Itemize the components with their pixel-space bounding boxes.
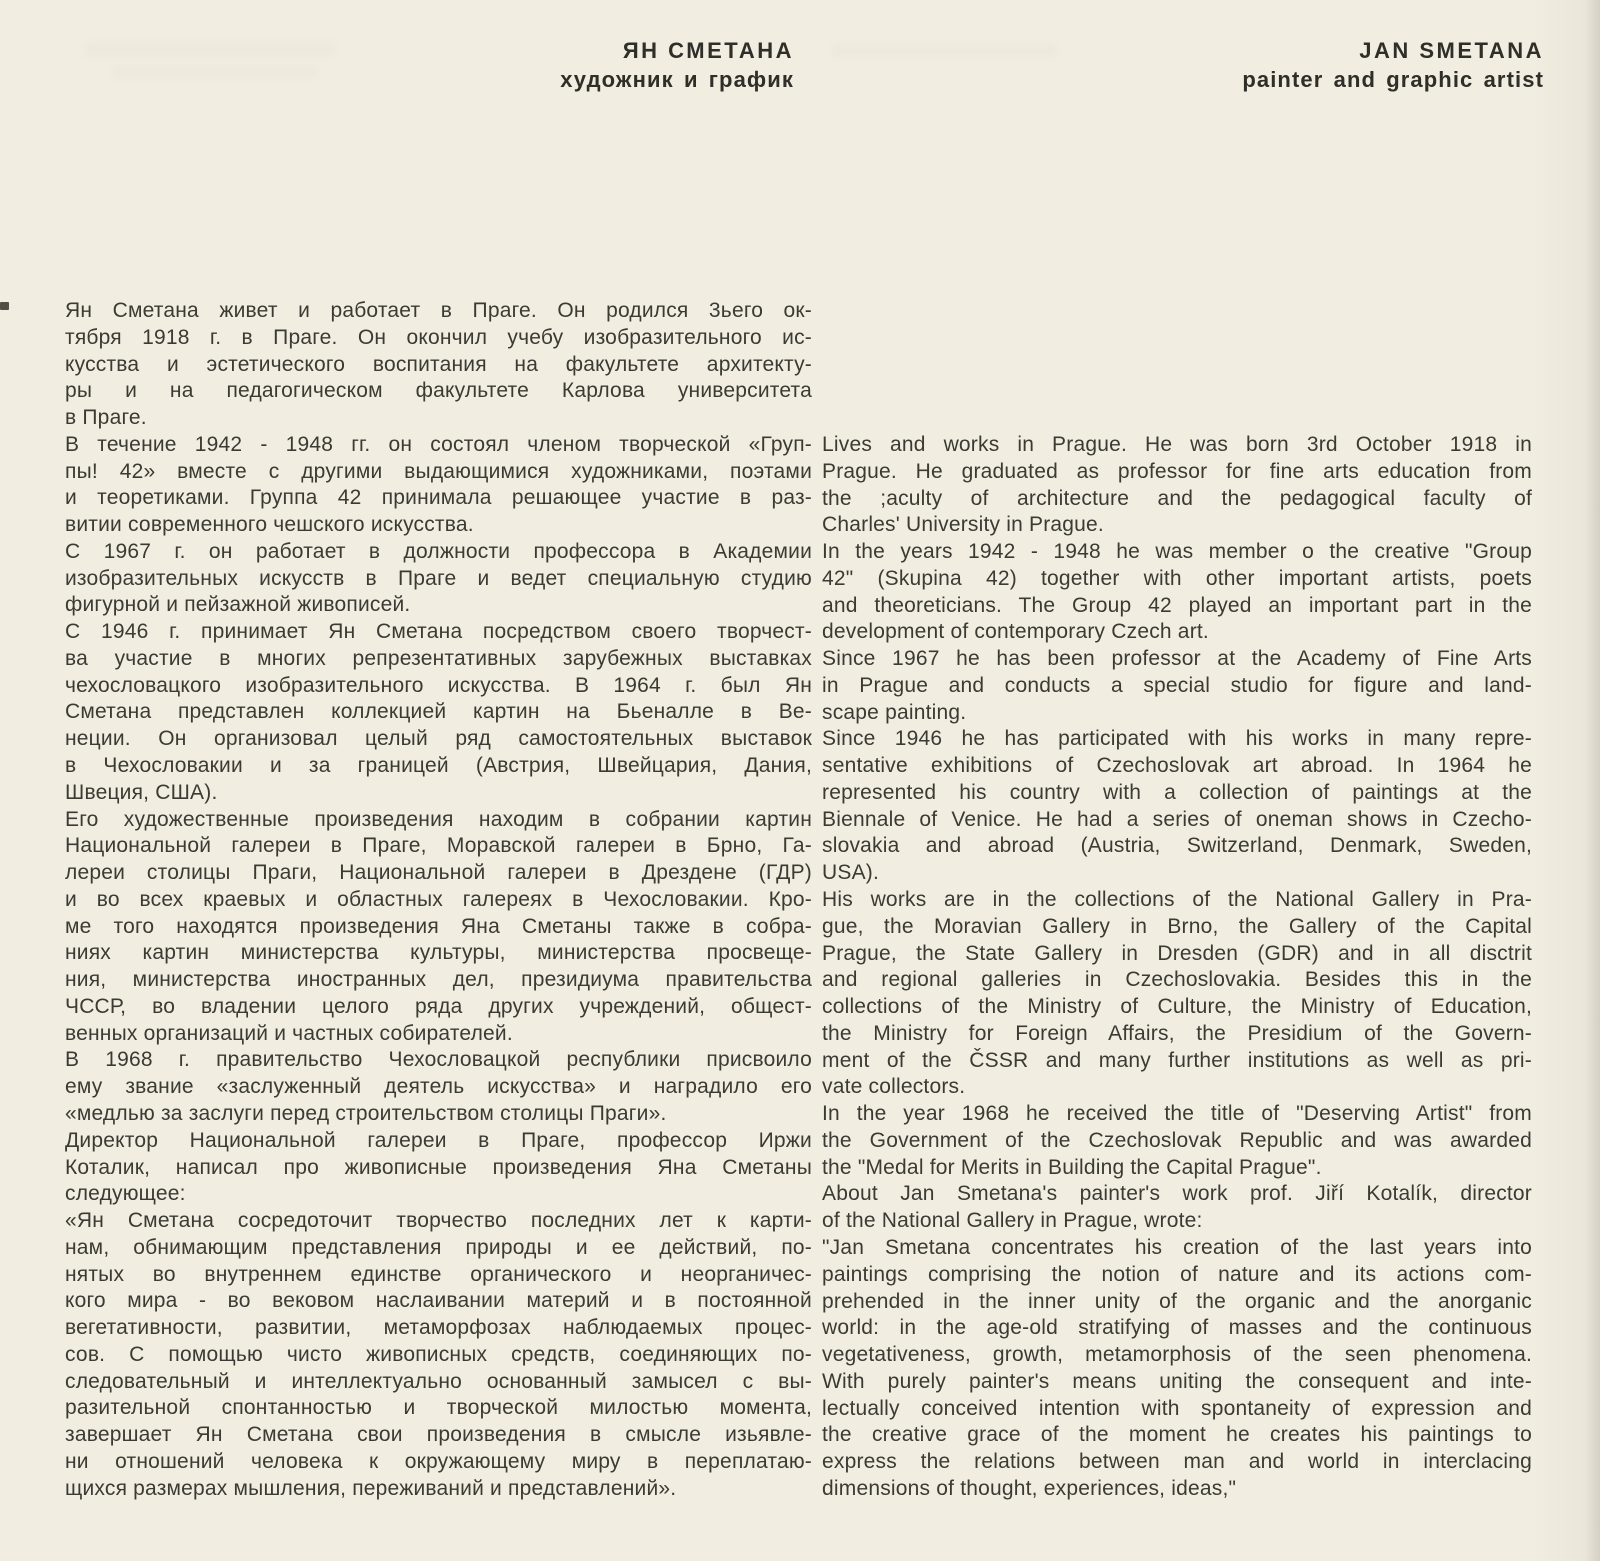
russian-header: ЯН СМЕТАНА художник и график <box>560 36 794 94</box>
text-line: development of contemporary Czech art. <box>822 619 1532 646</box>
text-line: следовательный и интеллектуально основан… <box>65 1369 812 1396</box>
text-line: ни отношений человека к окружающему миру… <box>65 1449 812 1476</box>
english-text-column: Lives and works in Prague. He was born 3… <box>822 432 1532 1503</box>
text-line: vate collectors. <box>822 1074 1532 1101</box>
text-line: Коталик, написал про живописные произвед… <box>65 1155 812 1182</box>
text-line: нам, обнимающим представления природы и … <box>65 1235 812 1262</box>
scan-showthrough <box>85 42 335 56</box>
text-line: вегетативности, развитии, метаморфозах н… <box>65 1315 812 1342</box>
text-line: and theoreticians. The Group 42 played a… <box>822 593 1532 620</box>
text-line: In the years 1942 - 1948 he was member o… <box>822 539 1532 566</box>
text-line: чехословацкого изобразительного искусств… <box>65 673 812 700</box>
text-line: изобразительных искусств в Праге и ведет… <box>65 566 812 593</box>
text-line: express the relations between man and wo… <box>822 1449 1532 1476</box>
text-line: world: in the age-old stratifying of mas… <box>822 1315 1532 1342</box>
russian-title: ЯН СМЕТАНА <box>560 36 794 65</box>
text-line: ему звание «заслуженный деятель искусств… <box>65 1074 812 1101</box>
text-line: and regional galleries in Czechoslovakia… <box>822 967 1532 994</box>
text-line: в Чехословакии и за границей (Австрия, Ш… <box>65 753 812 780</box>
text-line: завершает Ян Сметана свои произведения в… <box>65 1422 812 1449</box>
english-title: JAN SMETANA <box>1242 36 1544 65</box>
text-line: the creative grace of the moment he crea… <box>822 1422 1532 1449</box>
scan-edge-shadow <box>1530 0 1600 1561</box>
text-line: slovakia and abroad (Austria, Switzerlan… <box>822 833 1532 860</box>
catalog-page: ЯН СМЕТАНА художник и график JAN SMETANA… <box>0 0 1600 1561</box>
text-line: gue, the Moravian Gallery in Brno, the G… <box>822 914 1532 941</box>
text-line: Швеция, США). <box>65 780 812 807</box>
text-line: About Jan Smetana's painter's work prof.… <box>822 1181 1532 1208</box>
text-line: тября 1918 г. в Праге. Он окончил учебу … <box>65 325 812 352</box>
text-line: С 1967 г. он работает в должности профес… <box>65 539 812 566</box>
text-line: Национальной галереи в Праге, Моравской … <box>65 833 812 860</box>
text-line: ЧССР, во владении целого ряда других учр… <box>65 994 812 1021</box>
text-line: витии современного чешского искусства. <box>65 512 812 539</box>
text-line: in Prague and conducts a special studio … <box>822 673 1532 700</box>
text-line: represented his country with a collectio… <box>822 780 1532 807</box>
text-line: Ян Сметана живет и работает в Праге. Он … <box>65 298 812 325</box>
scan-showthrough <box>832 44 1057 57</box>
text-line: ме того находятся произведения Яна Смета… <box>65 914 812 941</box>
text-line: Lives and works in Prague. He was born 3… <box>822 432 1532 459</box>
text-line: пы! 42» вместе с другими выдающимися худ… <box>65 459 812 486</box>
text-line: Prague, the State Gallery in Dresden (GD… <box>822 941 1532 968</box>
text-line: разительной спонтанностью и творческой м… <box>65 1395 812 1422</box>
text-line: С 1946 г. принимает Ян Сметана посредств… <box>65 619 812 646</box>
text-line: lectually conceived intention with spont… <box>822 1396 1532 1423</box>
text-line: кусства и эстетического воспитания на фа… <box>65 352 812 379</box>
scan-showthrough <box>112 66 317 78</box>
text-line: В 1968 г. правительство Чехословацкой ре… <box>65 1047 812 1074</box>
text-line: Директор Национальной галереи в Праге, п… <box>65 1128 812 1155</box>
text-line: и во всех краевых и областных галереях в… <box>65 887 812 914</box>
text-line: фигурной и пейзажной живописей. <box>65 592 812 619</box>
text-line: щихся размерах мышления, переживаний и п… <box>65 1476 812 1503</box>
text-line: 42" (Skupina 42) together with other imp… <box>822 566 1532 593</box>
text-line: scape painting. <box>822 700 1532 727</box>
text-line: Его художественные произведения находим … <box>65 807 812 834</box>
text-line: ment of the ČSSR and many further instit… <box>822 1048 1532 1075</box>
text-line: Since 1946 he has participated with his … <box>822 726 1532 753</box>
text-line: «медлью за заслуги перед строительством … <box>65 1101 812 1128</box>
text-line: collections of the Ministry of Culture, … <box>822 994 1532 1021</box>
text-line: Сметана представлен коллекцией картин на… <box>65 699 812 726</box>
text-line: prehended in the inner unity of the orga… <box>822 1289 1532 1316</box>
text-line: кого мира - во вековом наслаивании матер… <box>65 1288 812 1315</box>
text-line: of the National Gallery in Prague, wrote… <box>822 1208 1532 1235</box>
text-line: the Government of the Czechoslovak Repub… <box>822 1128 1532 1155</box>
text-line: "Jan Smetana concentrates his creation o… <box>822 1235 1532 1262</box>
text-line: the Ministry for Foreign Affairs, the Pr… <box>822 1021 1532 1048</box>
text-line: ры и на педагогическом факультете Карлов… <box>65 378 812 405</box>
text-line: Since 1967 he has been professor at the … <box>822 646 1532 673</box>
text-line: the ;aculty of architecture and the peda… <box>822 486 1532 513</box>
text-line: ния, министерства иностранных дел, прези… <box>65 967 812 994</box>
text-line: в Праге. <box>65 405 812 432</box>
text-line: With purely painter's means uniting the … <box>822 1369 1532 1396</box>
text-line: USA). <box>822 860 1532 887</box>
scan-edge-mark <box>0 302 9 310</box>
text-line: «Ян Сметана сосредоточит творчество посл… <box>65 1208 812 1235</box>
text-line: ниях картин министерства культуры, минис… <box>65 940 812 967</box>
text-line: Prague. He graduated as professor for fi… <box>822 459 1532 486</box>
text-line: В течение 1942 - 1948 гг. он состоял чле… <box>65 432 812 459</box>
text-line: In the year 1968 he received the title o… <box>822 1101 1532 1128</box>
text-line: лереи столицы Праги, Национальной галере… <box>65 860 812 887</box>
text-line: Charles' University in Prague. <box>822 512 1532 539</box>
text-line: dimensions of thought, experiences, idea… <box>822 1476 1532 1503</box>
text-line: сов. С помощью чисто живописных средств,… <box>65 1342 812 1369</box>
text-line: His works are in the collections of the … <box>822 887 1532 914</box>
text-line: и теоретиками. Группа 42 принимала решаю… <box>65 485 812 512</box>
text-line: неции. Он организовал целый ряд самостоя… <box>65 726 812 753</box>
text-line: ва участие в многих репрезентативных зар… <box>65 646 812 673</box>
text-line: vegetativeness, growth, metamorphosis of… <box>822 1342 1532 1369</box>
text-line: the "Medal for Merits in Building the Ca… <box>822 1155 1532 1182</box>
text-line: Biennale of Venice. He had a series of o… <box>822 807 1532 834</box>
english-subtitle: painter and graphic artist <box>1242 65 1544 94</box>
russian-text-column: Ян Сметана живет и работает в Праге. Он … <box>65 298 812 1502</box>
text-line: следующее: <box>65 1181 812 1208</box>
text-line: paintings comprising the notion of natur… <box>822 1262 1532 1289</box>
text-line: нятых во внутреннем единстве органическо… <box>65 1262 812 1289</box>
english-header: JAN SMETANA painter and graphic artist <box>1242 36 1544 94</box>
text-line: sentative exhibitions of Czechoslovak ar… <box>822 753 1532 780</box>
text-line: венных организаций и частных собирателей… <box>65 1021 812 1048</box>
russian-subtitle: художник и график <box>560 65 794 94</box>
